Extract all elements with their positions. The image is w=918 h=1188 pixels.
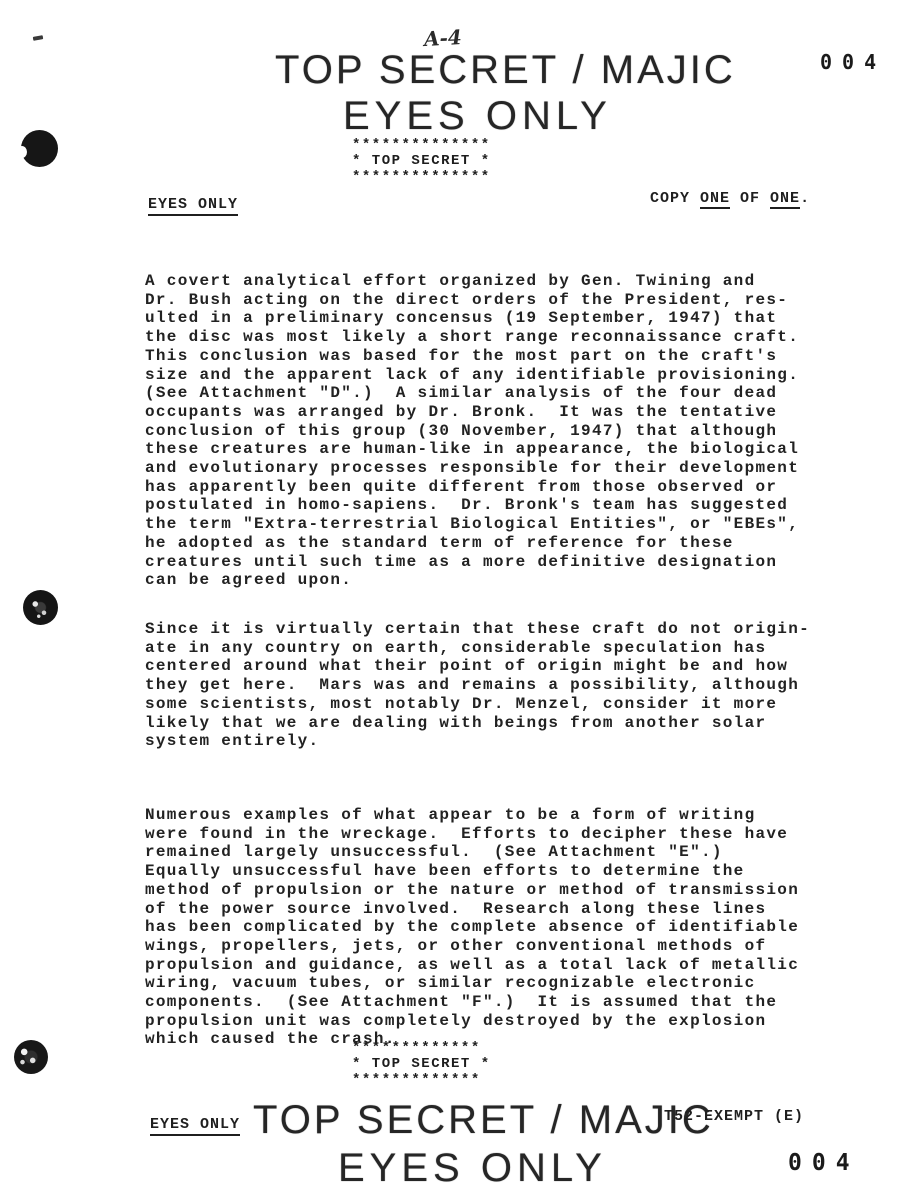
eyes-only-stamp-header: EYES ONLY (343, 94, 612, 139)
body-paragraph-1: A covert analytical effort organized by … (145, 272, 799, 590)
hole-punch-mark (14, 1040, 48, 1074)
classification-box-header: ************** * TOP SECRET * **********… (352, 137, 491, 185)
copy-line-middle: OF (730, 190, 770, 207)
eyes-only-label-footer: EYES ONLY (150, 1116, 240, 1136)
eyes-only-label-header: EYES ONLY (148, 196, 238, 216)
body-paragraph-2: Since it is virtually certain that these… (145, 620, 810, 751)
page-number-stamp-top: 004 (820, 50, 886, 74)
copy-line-suffix: . (800, 190, 810, 207)
document-page: A-4 TOP SECRET / MAJIC 004 EYES ONLY ***… (0, 0, 918, 1188)
copy-line-prefix: COPY (650, 190, 700, 207)
declassification-code: T52-EXEMPT (E) (664, 1108, 804, 1125)
top-secret-majic-stamp-footer: TOP SECRET / MAJIC (253, 1098, 714, 1143)
classification-box-footer: ************* * TOP SECRET * ***********… (352, 1040, 491, 1088)
hole-punch-mark (23, 590, 58, 625)
page-number-stamp-bottom: 004 (788, 1150, 860, 1176)
eyes-only-stamp-footer: EYES ONLY (338, 1146, 607, 1188)
body-paragraph-3: Numerous examples of what appear to be a… (145, 806, 799, 1049)
hole-punch-mark (21, 130, 58, 167)
copy-line-one-second: ONE (770, 190, 800, 209)
copy-line: COPY ONE OF ONE. (650, 190, 810, 207)
top-secret-majic-stamp-header: TOP SECRET / MAJIC (275, 48, 736, 93)
copy-line-one-first: ONE (700, 190, 730, 209)
scan-noise-mark (33, 35, 44, 41)
